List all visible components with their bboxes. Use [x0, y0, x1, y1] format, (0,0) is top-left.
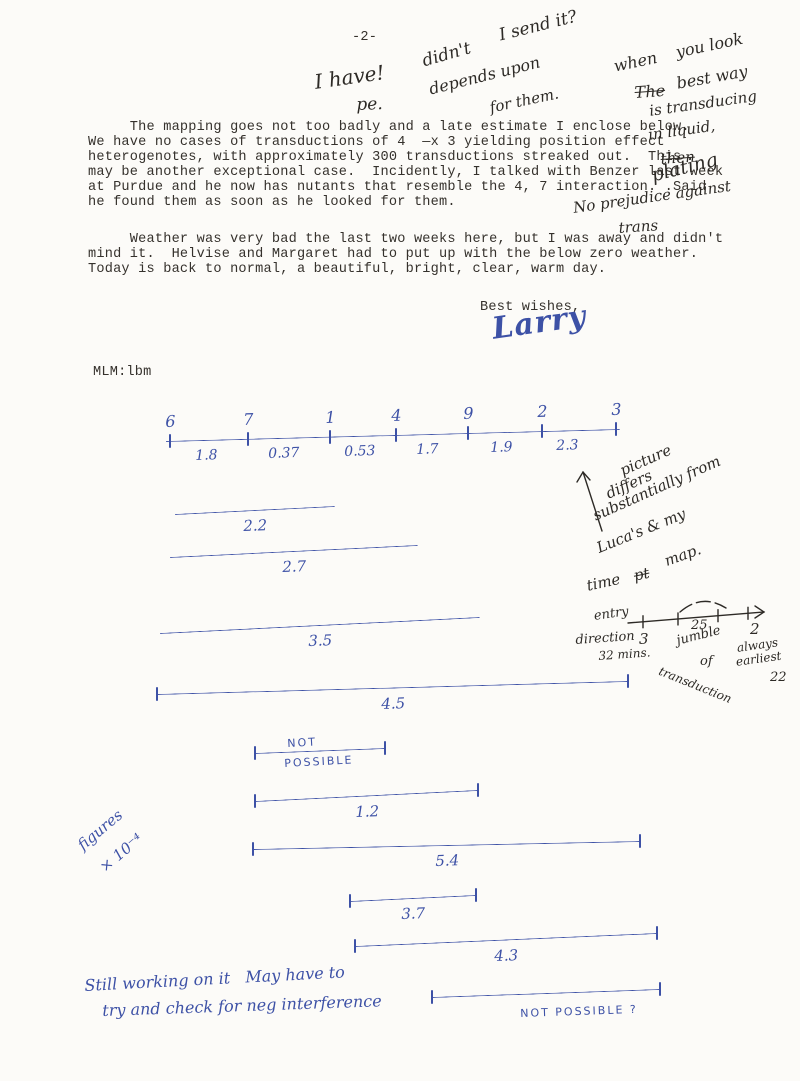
note-entry: entry [593, 604, 630, 624]
note-of: of [700, 654, 713, 669]
map-locus-tick [329, 430, 331, 444]
note-22: 22 [770, 670, 787, 685]
segment-length-label: 3.7 [401, 904, 425, 923]
map-distance-label: 1.7 [416, 441, 439, 458]
segment-length-label: 1.2 [355, 802, 379, 821]
typist-initials: MLM:lbm [93, 365, 152, 380]
note-time: time [585, 570, 622, 595]
note-still-working: Still working on it May have to [84, 962, 345, 995]
segment-line [350, 895, 476, 902]
segment-length-label: 4.5 [381, 694, 405, 713]
page-number: -2- [352, 30, 377, 45]
note-possible: POSSIBLE [284, 753, 354, 770]
note-you-look: you look [674, 29, 745, 62]
note-the-struck: The [634, 81, 666, 102]
segment-line [255, 790, 478, 802]
map-locus-tick [615, 422, 617, 436]
map-locus-label: 9 [463, 404, 474, 423]
segment-end-tick [349, 894, 351, 908]
segment-line [157, 681, 628, 695]
note-pt-struck: pt [632, 564, 651, 585]
up-arrow-head-icon [577, 472, 590, 482]
segment-length-label: 2.2 [243, 516, 267, 535]
segment-end-tick [639, 834, 641, 848]
segment-end-tick [627, 674, 629, 688]
note-not: NOT [287, 735, 317, 750]
note-didnt: didn't [420, 38, 473, 71]
segment-line [355, 933, 657, 947]
segment-line [432, 989, 660, 998]
time-map-arrowhead-icon [755, 606, 764, 618]
map-locus-tick [541, 424, 543, 438]
map-locus-label: 1 [325, 407, 336, 426]
segment-line [253, 841, 640, 850]
segment-end-tick [477, 783, 479, 797]
note-direction: direction [575, 629, 635, 648]
map-distance-label: 2.3 [556, 438, 579, 455]
map-locus-label: 4 [391, 406, 402, 425]
map-locus-tick [169, 434, 171, 448]
map-distance-label: 0.53 [344, 443, 376, 460]
map-locus-tick [395, 428, 397, 442]
segment-end-tick [354, 939, 356, 953]
segment-length-label: 4.3 [494, 946, 518, 965]
segment-end-tick [431, 990, 433, 1004]
map-locus-label: 7 [243, 409, 254, 428]
note-transduction: transduction [657, 664, 734, 706]
segment-end-tick [656, 926, 658, 940]
segment-length-label: 3.5 [308, 631, 332, 650]
note-sketch-locus-2: 2 [750, 620, 760, 638]
time-map-arc [680, 601, 726, 612]
segment-end-tick [475, 888, 477, 902]
segment-line [255, 748, 385, 754]
segment-end-tick [252, 842, 254, 856]
note-try-check: try and check for neg interference [102, 991, 382, 1020]
note-jumble: jumble [675, 623, 722, 648]
segment-end-tick [156, 687, 158, 701]
note-i-send-it: I send it? [497, 7, 579, 46]
note-trans: trans [618, 216, 659, 237]
map-locus-label: 3 [611, 400, 622, 419]
map-distance-label: 1.8 [195, 447, 218, 464]
segment-end-tick [254, 746, 256, 760]
note-not-possible-q: NOT POSSIBLE ? [520, 1003, 638, 1020]
segment-line [175, 506, 335, 515]
map-baseline [166, 429, 620, 442]
note-map: map. [662, 540, 703, 570]
map-locus-label: 6 [165, 412, 176, 431]
map-locus-label: 2 [537, 402, 548, 421]
segment-end-tick [254, 794, 256, 808]
note-for-them: for them. [488, 84, 560, 116]
note-best-way: best way [675, 62, 749, 93]
segment-length-label: 5.4 [435, 851, 459, 870]
map-locus-tick [467, 426, 469, 440]
segment-end-tick [384, 741, 386, 755]
note-when: when [612, 48, 659, 76]
segment-line [170, 545, 418, 558]
note-i-have: I have! [313, 60, 386, 94]
scanned-letter-page: -2- The mapping goes not too badly and a… [0, 0, 800, 1081]
note-32-mins: 32 mins. [598, 645, 651, 663]
map-locus-tick [247, 432, 249, 446]
segment-length-label: 2.7 [282, 557, 306, 576]
note-pe: pe. [356, 94, 383, 115]
map-distance-label: 0.37 [268, 445, 300, 462]
map-distance-label: 1.9 [490, 439, 513, 456]
typed-paragraph-weather: Weather was very bad the last two weeks … [88, 232, 723, 277]
segment-end-tick [659, 982, 661, 996]
